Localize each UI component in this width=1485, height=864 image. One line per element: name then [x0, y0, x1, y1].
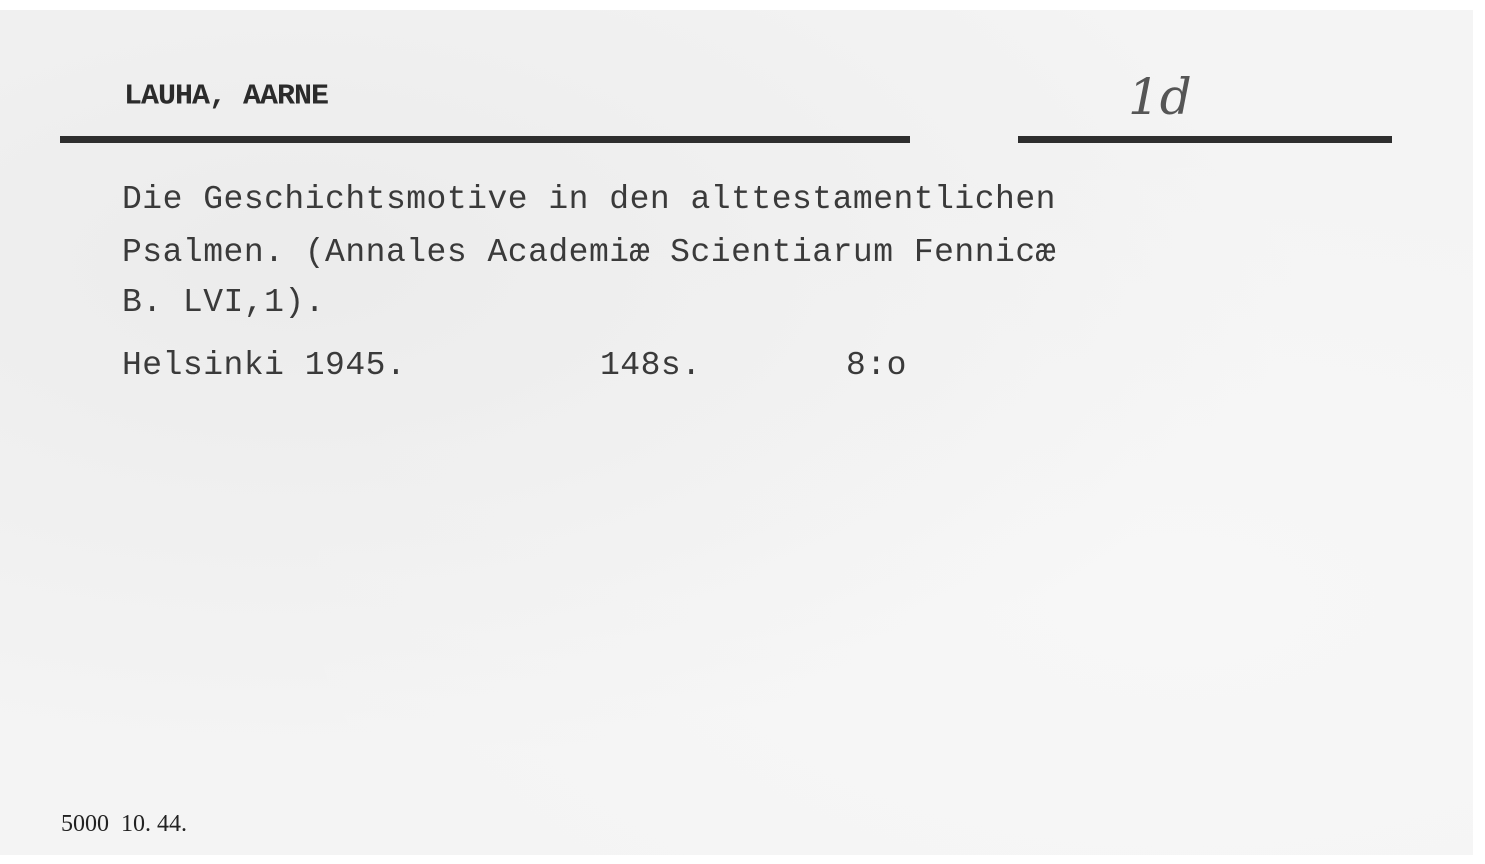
author-heading: LAUHA, AARNE	[124, 81, 328, 113]
catalog-card: LAUHA, AARNE 1d Die Geschichtsmotive in …	[0, 10, 1473, 855]
heading-rule-right	[1018, 136, 1392, 143]
title-line-2: Psalmen. (Annales Academiæ Scientiarum F…	[122, 234, 1056, 271]
title-line-3: B. LVI,1).	[122, 284, 325, 321]
call-number: 1d	[1128, 68, 1192, 126]
imprint-format: 8:o	[846, 347, 907, 384]
title-line-1: Die Geschichtsmotive in den alttestament…	[122, 181, 1056, 218]
heading-rule-left	[60, 136, 910, 143]
imprint-line: Helsinki 1945. 148s. 8:o	[122, 347, 203, 532]
print-code: 5000 10. 44.	[61, 811, 187, 838]
imprint-place-year: Helsinki 1945.	[122, 347, 406, 384]
imprint-pages: 148s.	[600, 347, 702, 384]
